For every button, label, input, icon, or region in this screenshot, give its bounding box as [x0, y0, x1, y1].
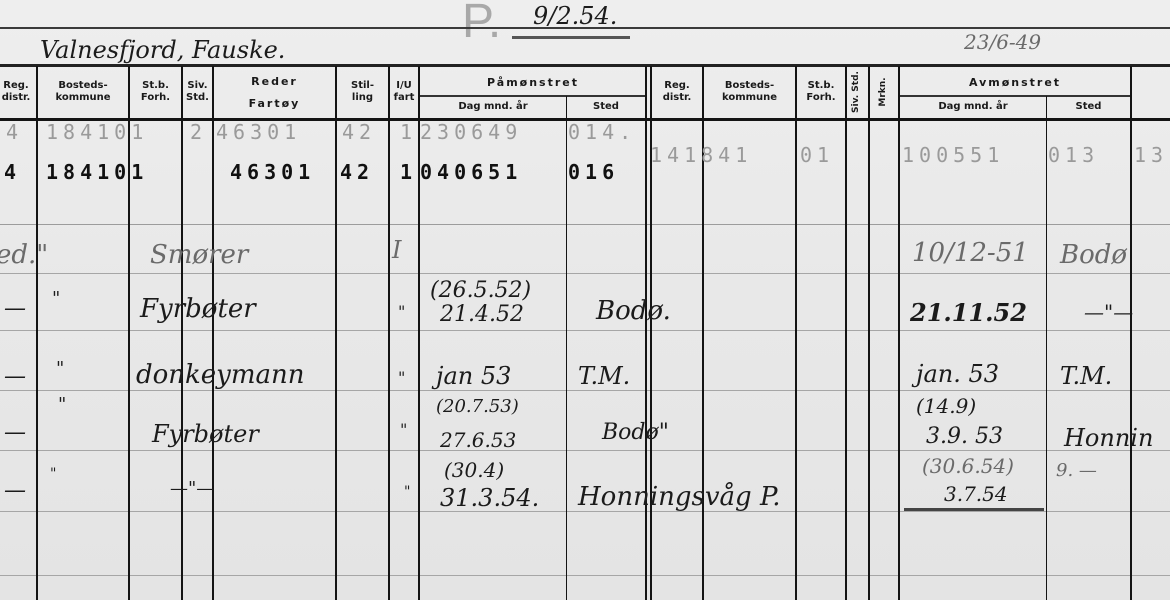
typed-stilling: 42 [342, 120, 376, 144]
col-line [1046, 96, 1047, 600]
stamp-date-underline [512, 36, 630, 39]
hand-pa-date: 27.6.53 [440, 428, 516, 452]
hand-fartoy: —"— [170, 478, 214, 499]
typed-siv: 2 [190, 120, 207, 144]
header-bosteds-kommune: Bosteds- kommune [38, 80, 128, 104]
hand-iu: " [400, 420, 407, 439]
col-line [36, 66, 38, 600]
col-line [388, 66, 390, 600]
hand-iu: " [398, 302, 405, 321]
stamp-letter: P. [462, 0, 501, 49]
col-line [898, 66, 900, 600]
header-reg-distr: Reg. distr. [0, 80, 38, 104]
hand-av-date: jan. 53 [916, 360, 999, 388]
col-line [335, 66, 337, 600]
hand-iu: I [392, 236, 401, 264]
avmonstret-subrule [900, 95, 1130, 97]
hand-pa-sted: T.M. [578, 362, 630, 390]
hand-fartoy: Smører [150, 240, 248, 270]
header-right-siv-std: Siv. Std. [850, 62, 862, 122]
col-line [1130, 66, 1132, 600]
row-rule [0, 390, 1170, 391]
top-rule [0, 27, 1170, 29]
place-title: Valnesfjord, Fauske. [40, 36, 285, 64]
hand-reg: — [4, 478, 26, 503]
hand-av-sted: —"— [1084, 300, 1133, 324]
col-line [868, 66, 870, 600]
hand-reg: — [4, 296, 26, 321]
header-pa-dag-mnd-ar: Dag mnd. år [420, 101, 566, 113]
header-pa-sted: Sted [567, 101, 645, 113]
pamonstret-subrule [420, 95, 646, 97]
row-rule [0, 450, 1170, 451]
header-right-stb-forh: St.b. Forh. [797, 80, 845, 104]
hand-pa-date: 21.4.52 [440, 302, 524, 327]
col-line [418, 66, 420, 600]
header-stilling: Stil- ling [337, 80, 388, 104]
hand-av-date: 10/12-51 [912, 238, 1029, 268]
typed-pa-date: 230649 [420, 120, 522, 144]
hand-av-date-paren: (30.6.54) [922, 454, 1014, 478]
hand-av-sted: Bodø [1060, 240, 1127, 270]
hand-pa-date: jan 53 [436, 362, 511, 390]
typed-right-stb: 01 [800, 143, 834, 167]
typed-stilling: 42 [340, 160, 374, 184]
col-line [128, 66, 130, 600]
typed-right-av-date: 100551 [902, 143, 1004, 167]
typed-reg: 4 [6, 120, 23, 144]
hand-av-date: 3.9. 53 [926, 424, 1003, 449]
hand-av-date: 21.11.52 [910, 298, 1027, 327]
header-top-rule [0, 64, 1170, 67]
col-double-line-a [645, 66, 647, 600]
av-date-underline [904, 508, 1044, 511]
typed-reg: 4 [4, 160, 21, 184]
hand-reg: — [4, 420, 26, 445]
col-line [566, 96, 567, 600]
hand-pa-date-paren: (20.7.53) [436, 396, 519, 417]
hand-kommune: " [58, 394, 66, 415]
typed-right-reg-kommune: 141841 [650, 143, 752, 167]
header-avmonstret: Avmønstret [900, 77, 1130, 89]
stamp-date: 9/2.54. [533, 2, 617, 30]
typed-reder: 46301 [216, 120, 301, 144]
typed-right-extra: 13 [1134, 143, 1168, 167]
typed-pa-sted: 014. [568, 120, 636, 144]
typed-right-av-sted: 013 [1048, 143, 1099, 167]
hand-kommune: " [50, 466, 56, 482]
hand-pa-sted: Honningsvåg P. [578, 482, 780, 512]
header-iu-fart: I/U fart [390, 80, 418, 104]
typed-pa-sted: 016 [568, 160, 619, 184]
typed-iu: 1 [400, 120, 417, 144]
typed-pa-date: 040651 [420, 160, 522, 184]
col-line [212, 66, 214, 600]
hand-av-date-paren: (14.9) [916, 394, 976, 418]
hand-av-sted: Honnin [1064, 424, 1153, 452]
header-reder: Reder [214, 76, 335, 88]
header-right-mrkn: Mrkn. [877, 62, 889, 122]
top-right-date: 23/6-49 [964, 30, 1041, 54]
hand-fartoy: Fyrbøter [140, 294, 256, 324]
hand-pa-sted: Bodø" [602, 420, 669, 445]
header-av-dag-mnd-ar: Dag mnd. år [900, 101, 1046, 113]
hand-av-sted: 9. — [1056, 460, 1097, 481]
header-fartoy: Fartøy [214, 98, 335, 110]
col-line [181, 66, 183, 600]
typed-kommune: 184101 [46, 120, 148, 144]
header-siv-std: Siv. Std. [183, 80, 212, 104]
row-rule [0, 330, 1170, 331]
hand-fartoy: Fyrbøter [152, 420, 259, 448]
hand-pa-date: 31.3.54. [440, 484, 539, 512]
header-av-sted: Sted [1047, 101, 1130, 113]
row-rule [0, 224, 1170, 225]
typed-iu: 1 [400, 160, 417, 184]
row-rule [0, 575, 1170, 576]
header-right-bosteds-kommune: Bosteds- kommune [704, 80, 795, 104]
hand-kommune: " [52, 288, 60, 309]
col-line [795, 66, 797, 600]
header-pamonstret: Påmønstret [420, 77, 646, 89]
hand-pa-date-paren: (30.4) [444, 458, 504, 482]
hand-pa-sted: Bodø. [596, 296, 671, 326]
hand-kommune: " [56, 358, 64, 379]
row-rule [0, 273, 1170, 274]
hand-reg: — [4, 364, 26, 389]
hand-iu: " [398, 368, 405, 387]
hand-av-sted: T.M. [1060, 362, 1112, 390]
crew-register-card: P. 9/2.54. Valnesfjord, Fauske. 23/6-49 … [0, 0, 1170, 600]
header-right-reg-distr: Reg. distr. [652, 80, 702, 104]
hand-av-date: 3.7.54 [944, 482, 1008, 506]
hand-iu: " [404, 484, 410, 500]
hand-pa-date-paren: (26.5.52) [430, 278, 531, 303]
header-stb-forh: St.b. Forh. [130, 80, 181, 104]
hand-fartoy: donkeymann [136, 360, 305, 390]
hand-reg: ed." [0, 240, 48, 270]
col-line [845, 66, 847, 600]
typed-kommune: 184101 [46, 160, 148, 184]
typed-reder: 46301 [230, 160, 315, 184]
